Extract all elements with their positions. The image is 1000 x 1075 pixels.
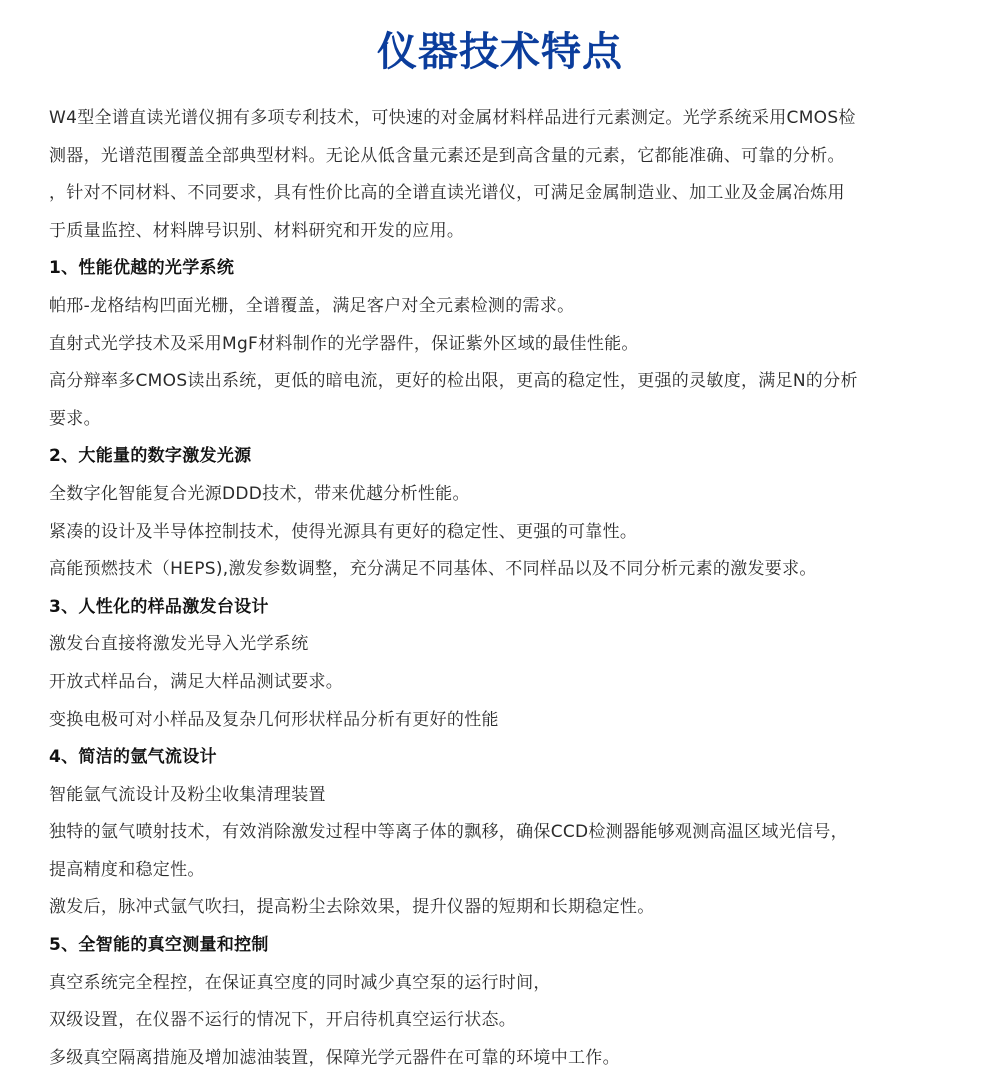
section-heading: 1、性能优越的光学系统 [49,250,959,288]
intro-paragraph: W4型全谱直读光谱仪拥有多项专利技术，可快速的对金属材料样品进行元素测定。光学系… [49,100,959,250]
section-line: 全数字化智能复合光源DDD技术，带来优越分析性能。 [49,476,959,514]
section-line: 提高精度和稳定性。 [49,852,959,890]
section-heading: 5、全智能的真空测量和控制 [49,927,959,965]
section-line: 真空系统完全程控，在保证真空度的同时减少真空泵的运行时间， [49,965,959,1003]
section-excitation-source: 2、大能量的数字激发光源 全数字化智能复合光源DDD技术，带来优越分析性能。 紧… [49,438,959,588]
section-line: 要求。 [49,401,959,439]
intro-line: ，针对不同材料、不同要求，具有性价比高的全谱直读光谱仪，可满足金属制造业、加工业… [49,175,959,213]
intro-line: W4型全谱直读光谱仪拥有多项专利技术，可快速的对金属材料样品进行元素测定。光学系… [49,100,959,138]
section-line: 激发台直接将激发光导入光学系统 [49,626,959,664]
section-argon-flow: 4、简洁的氩气流设计 智能氩气流设计及粉尘收集清理装置 独特的氩气喷射技术，有效… [49,739,959,927]
section-line: 多级真空隔离措施及增加滤油装置，保障光学元器件在可靠的环境中工作。 [49,1040,959,1075]
section-line: 双级设置，在仪器不运行的情况下，开启待机真空运行状态。 [49,1002,959,1040]
section-optical-system: 1、性能优越的光学系统 帕邢-龙格结构凹面光栅，全谱覆盖，满足客户对全元素检测的… [49,250,959,438]
section-heading: 4、简洁的氩气流设计 [49,739,959,777]
intro-line: 于质量监控、材料牌号识别、材料研究和开发的应用。 [49,213,959,251]
section-line: 激发后，脉冲式氩气吹扫，提高粉尘去除效果，提升仪器的短期和长期稳定性。 [49,889,959,927]
section-line: 高分辩率多CMOS读出系统，更低的暗电流，更好的检出限，更高的稳定性，更强的灵敏… [49,363,959,401]
intro-line: 测器，光谱范围覆盖全部典型材料。无论从低含量元素还是到高含量的元素，它都能准确、… [49,138,959,176]
section-line: 高能预燃技术（HEPS),激发参数调整，充分满足不同基体、不同样品以及不同分析元… [49,551,959,589]
section-sample-stand: 3、人性化的样品激发台设计 激发台直接将激发光导入光学系统 开放式样品台，满足大… [49,589,959,739]
section-line: 独特的氩气喷射技术，有效消除激发过程中等离子体的飘移，确保CCD检测器能够观测高… [49,814,959,852]
page-title: 仪器技术特点 [0,22,1000,82]
section-line: 变换电极可对小样品及复杂几何形状样品分析有更好的性能 [49,702,959,740]
document-page: 仪器技术特点 W4型全谱直读光谱仪拥有多项专利技术，可快速的对金属材料样品进行元… [0,0,1000,1075]
section-heading: 3、人性化的样品激发台设计 [49,589,959,627]
section-line: 直射式光学技术及采用MgF材料制作的光学器件，保证紫外区域的最佳性能。 [49,326,959,364]
section-heading: 2、大能量的数字激发光源 [49,438,959,476]
section-line: 智能氩气流设计及粉尘收集清理装置 [49,777,959,815]
section-line: 紧凑的设计及半导体控制技术，使得光源具有更好的稳定性、更强的可靠性。 [49,514,959,552]
section-vacuum-control: 5、全智能的真空测量和控制 真空系统完全程控，在保证真空度的同时减少真空泵的运行… [49,927,959,1075]
content-body: W4型全谱直读光谱仪拥有多项专利技术，可快速的对金属材料样品进行元素测定。光学系… [49,100,959,1075]
section-line: 开放式样品台，满足大样品测试要求。 [49,664,959,702]
section-line: 帕邢-龙格结构凹面光栅，全谱覆盖，满足客户对全元素检测的需求。 [49,288,959,326]
